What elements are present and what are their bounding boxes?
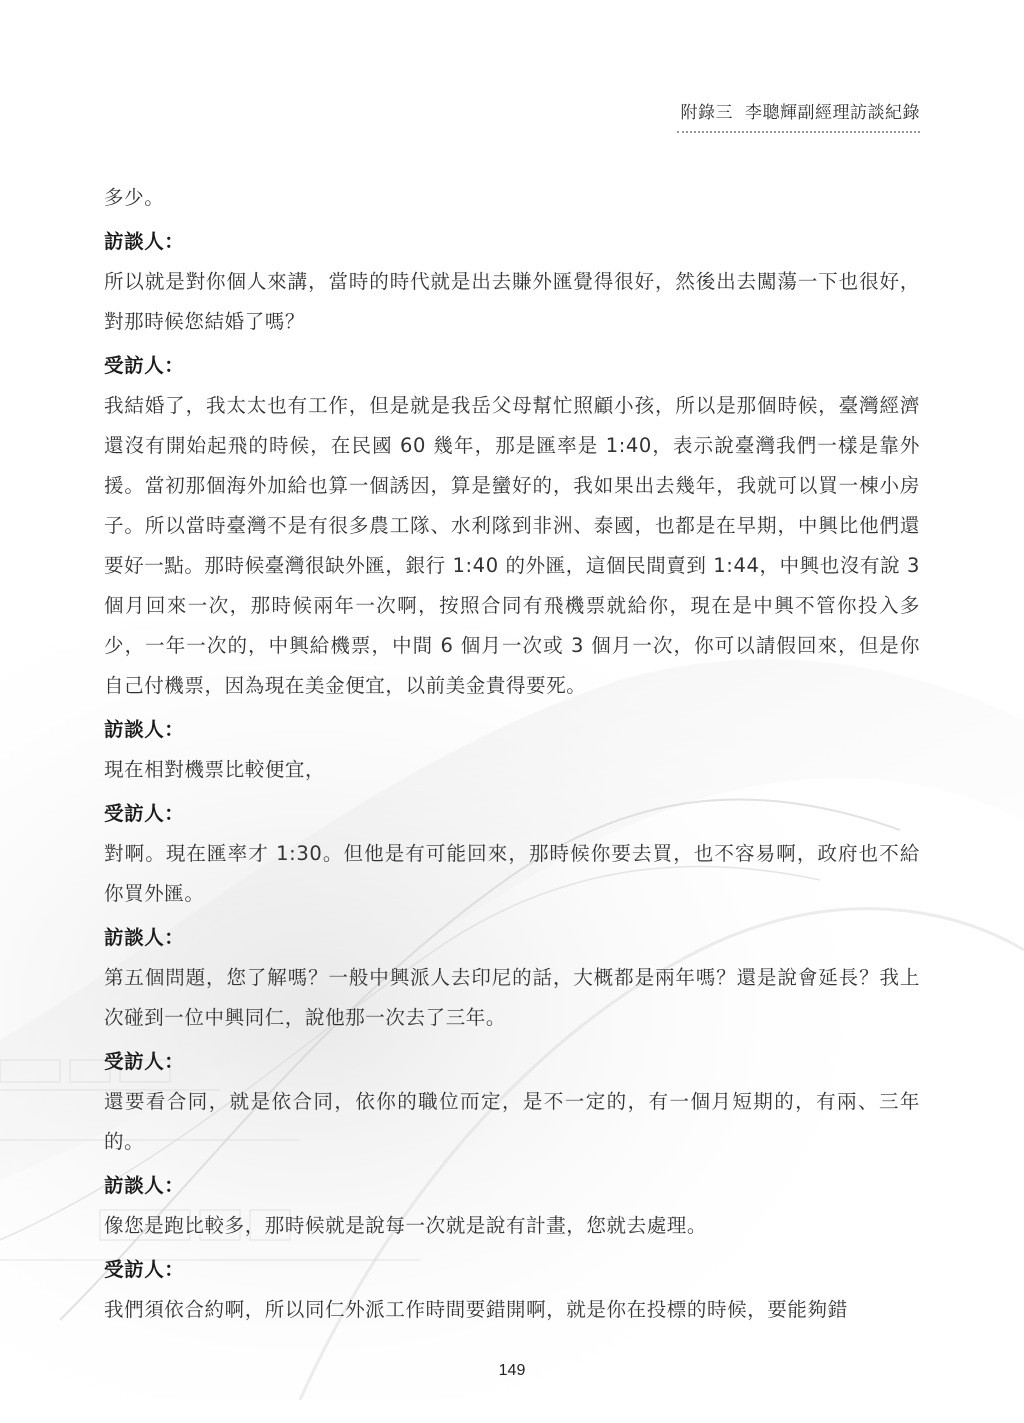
paragraph: 所以就是對你個人來講，當時的時代就是出去賺外匯覺得很好，然後出去闖蕩一下也很好，… bbox=[104, 262, 920, 342]
running-header: 附錄三李聰輝副經理訪談紀錄 bbox=[677, 98, 921, 133]
paragraph: 像您是跑比較多，那時候就是說每一次就是說有計畫，您就去處理。 bbox=[104, 1206, 920, 1246]
speaker-label-interviewee: 受訪人： bbox=[104, 794, 920, 834]
speaker-label-interviewer: 訪談人： bbox=[104, 918, 920, 958]
header-chapter-title: 李聰輝副經理訪談紀錄 bbox=[745, 103, 920, 123]
paragraph: 第五個問題，您了解嗎？一般中興派人去印尼的話，大概都是兩年嗎？還是說會延長？我上… bbox=[104, 958, 920, 1038]
speaker-label-interviewer: 訪談人： bbox=[104, 1166, 920, 1206]
speaker-label-interviewee: 受訪人： bbox=[104, 1250, 920, 1290]
speaker-label-interviewer: 訪談人： bbox=[104, 710, 920, 750]
paragraph: 多少。 bbox=[104, 178, 920, 218]
paragraph: 我們須依合約啊，所以同仁外派工作時間要錯開啊，就是你在投標的時候，要能夠錯 bbox=[104, 1290, 920, 1330]
interview-transcript: 多少。 訪談人： 所以就是對你個人來講，當時的時代就是出去賺外匯覺得很好，然後出… bbox=[104, 178, 920, 1330]
speaker-label-interviewee: 受訪人： bbox=[104, 346, 920, 386]
speaker-label-interviewee: 受訪人： bbox=[104, 1042, 920, 1082]
header-section: 附錄三 bbox=[681, 103, 734, 123]
speaker-label-interviewer: 訪談人： bbox=[104, 222, 920, 262]
header-title: 附錄三李聰輝副經理訪談紀錄 bbox=[677, 98, 921, 133]
paragraph: 現在相對機票比較便宜， bbox=[104, 750, 920, 790]
page-number: 149 bbox=[0, 1362, 1024, 1380]
paragraph: 還要看合同，就是依合同，依你的職位而定，是不一定的，有一個月短期的，有兩、三年的… bbox=[104, 1082, 920, 1162]
paragraph: 對啊。現在匯率才 1:30。但他是有可能回來，那時候你要去買，也不容易啊，政府也… bbox=[104, 834, 920, 914]
paragraph: 我結婚了，我太太也有工作，但是就是我岳父母幫忙照顧小孩，所以是那個時候，臺灣經濟… bbox=[104, 386, 920, 706]
